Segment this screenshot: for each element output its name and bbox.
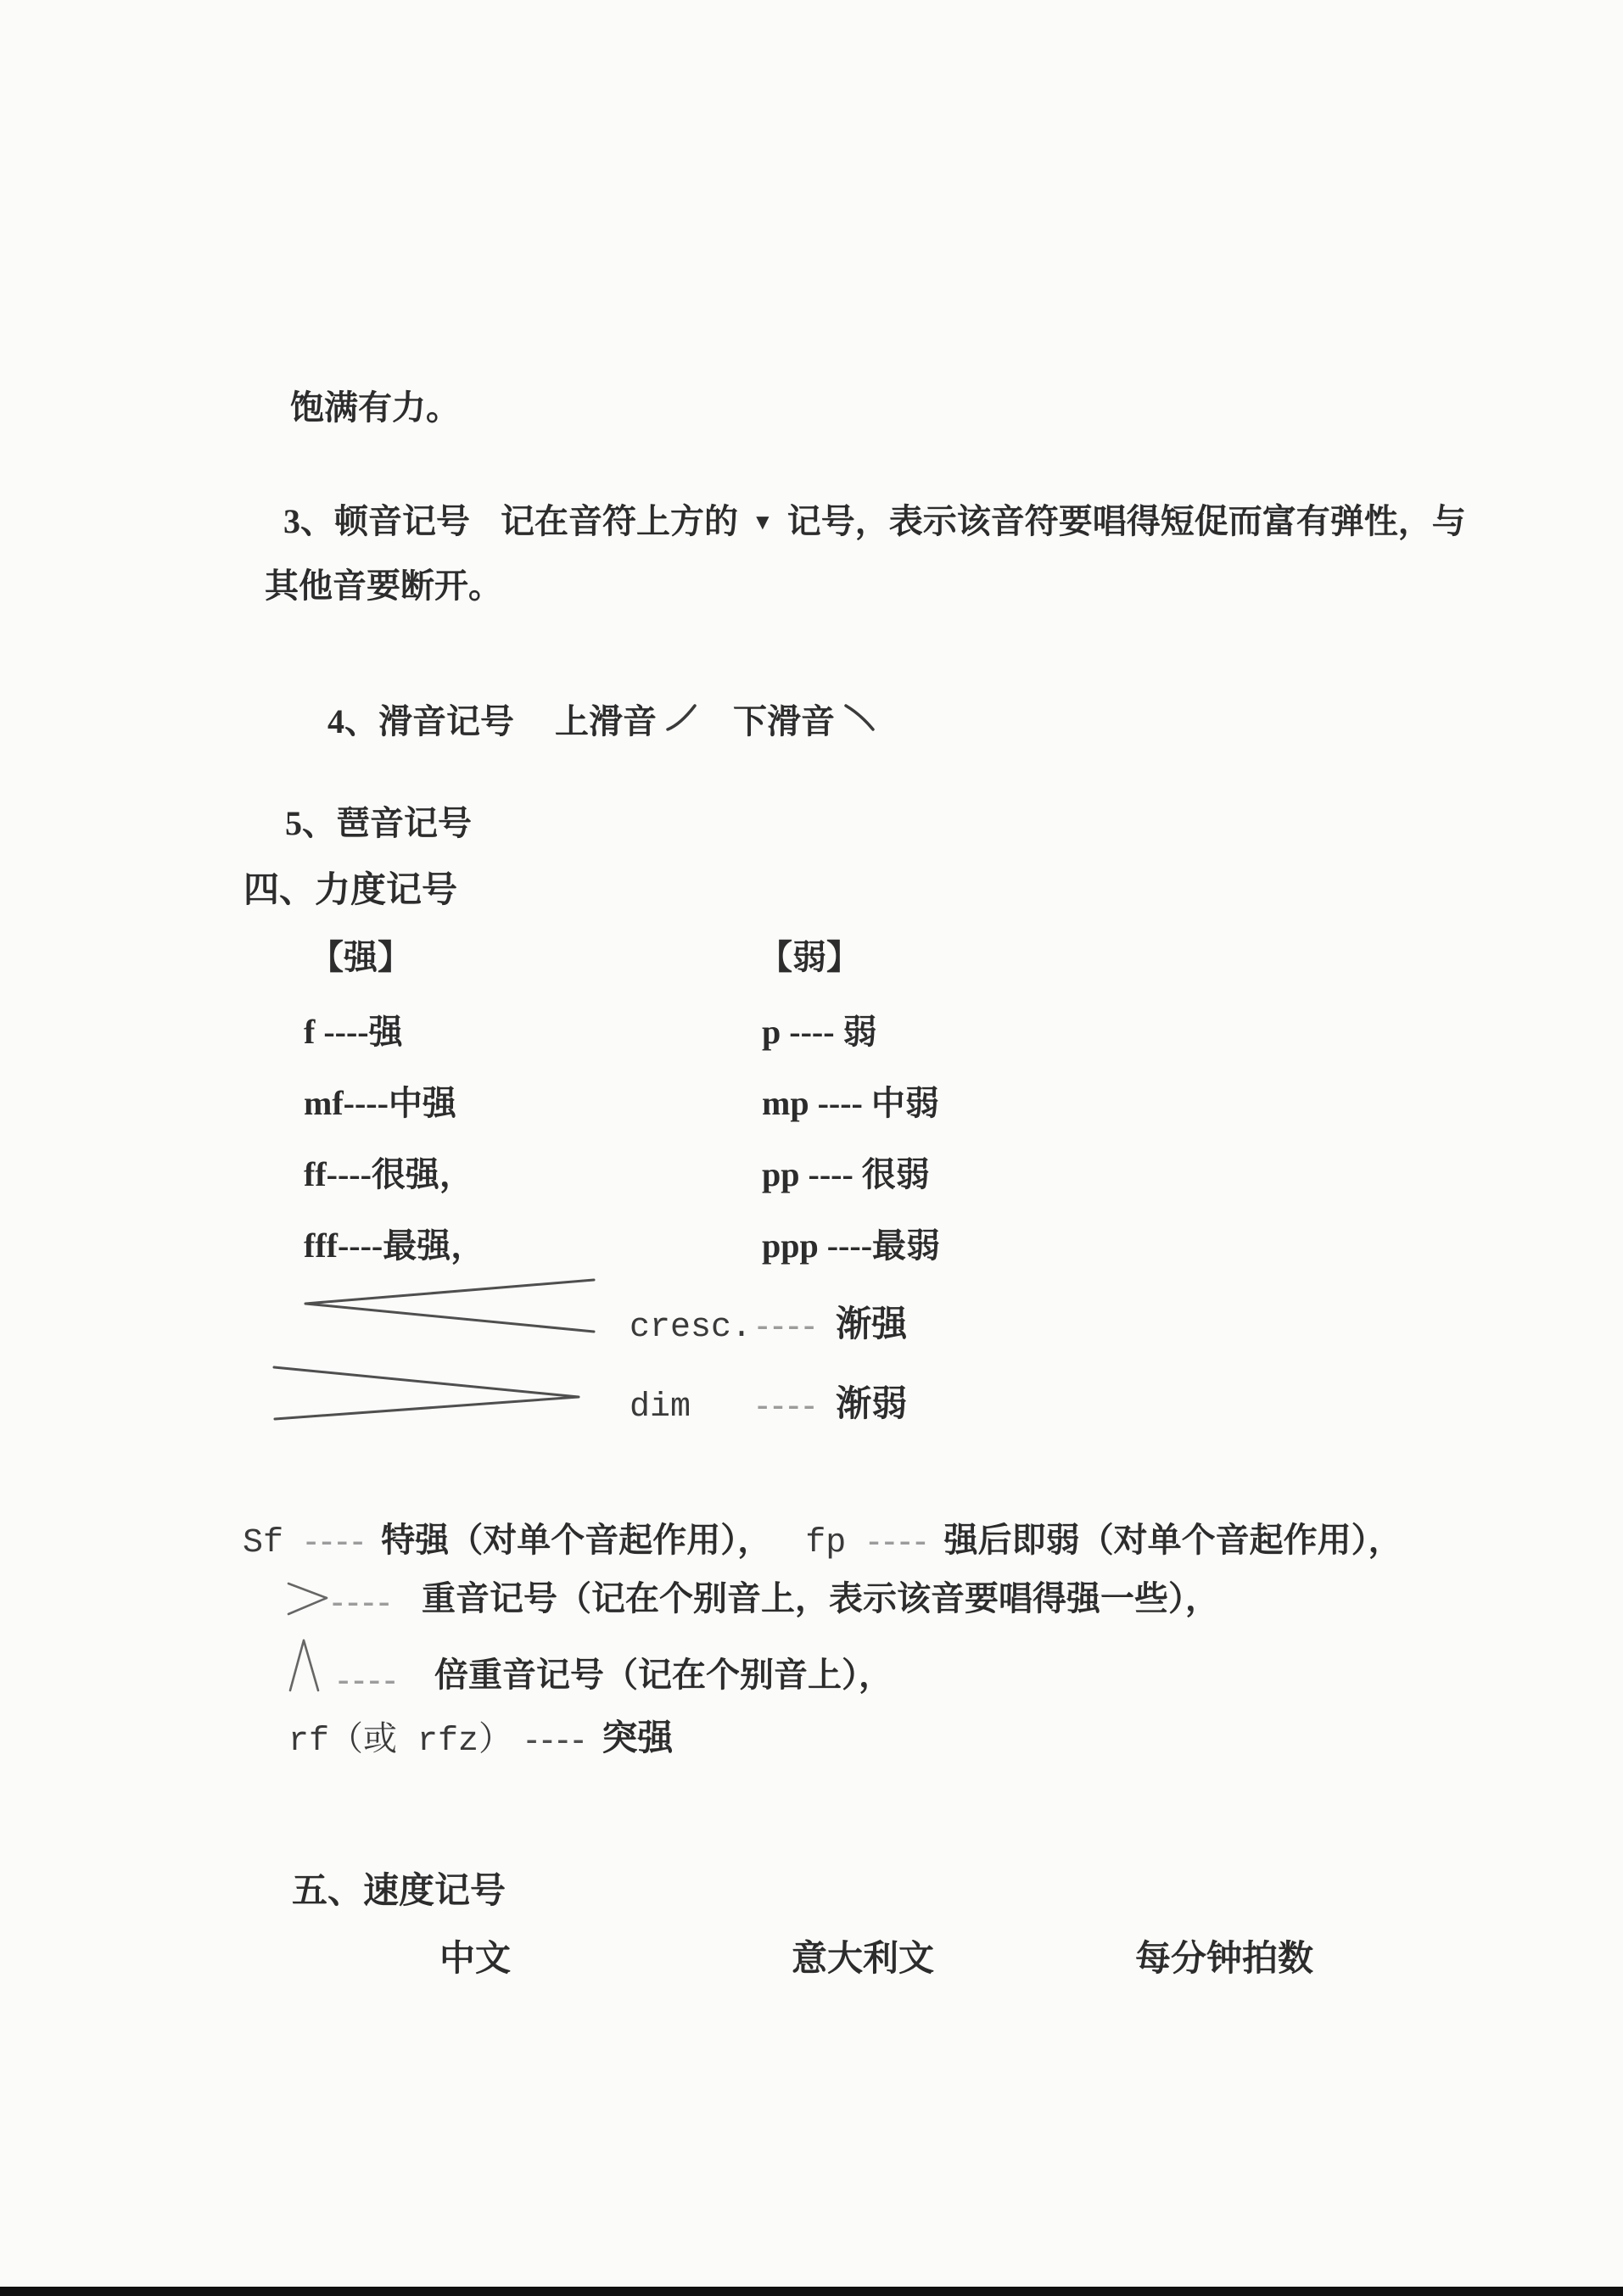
- slide-line: 4、滑音记号 上滑音 下滑音: [327, 702, 876, 741]
- staccato-line-1: 3、顿音记号 记在音符上方的 ▼ 记号，表示该音符要唱得短促而富有弹性，与: [283, 502, 1466, 541]
- accent-dashes: ----: [332, 1581, 394, 1621]
- down-slide-label: 下滑音: [733, 702, 835, 741]
- fp-desc: 强后即弱（对单个音起作用），: [944, 1521, 1402, 1560]
- dynamics-weak-ppp: ppp ----最弱: [762, 1226, 940, 1265]
- dynamics-strong-f: f ----强: [304, 1013, 403, 1052]
- up-slide-icon: [665, 702, 697, 733]
- staccato-triangle-icon: ▼: [752, 510, 774, 535]
- diminuendo-label-row: dim ---- 渐弱: [630, 1384, 907, 1427]
- diminuendo-meaning: 渐弱: [836, 1384, 907, 1425]
- rf-meaning: 突强: [602, 1718, 673, 1759]
- rf-dashes: ----: [526, 1718, 588, 1758]
- item4-title: 4、滑音记号: [327, 702, 514, 741]
- dynamics-weak-mp: mp ---- 中弱: [762, 1084, 939, 1123]
- tempo-header-italian: 意大利文: [792, 1939, 934, 1980]
- dynamics-strong-mf: mf----中强: [304, 1084, 456, 1123]
- down-slide-icon: [843, 702, 876, 733]
- strong-column-header: 【强】: [310, 938, 411, 977]
- dynamics-strong-ff: ff----很强，: [304, 1155, 473, 1194]
- crescendo-dashes: ----: [757, 1304, 819, 1344]
- weak-column-header: 【弱】: [758, 938, 860, 977]
- fp-abbr: fp: [805, 1524, 846, 1563]
- item3-body1: 记在音符上方的: [501, 502, 738, 541]
- sforzando-line: Sf ---- 特强（对单个音起作用）， fp ---- 强后即弱（对单个音起作…: [243, 1520, 1402, 1563]
- diminuendo-hairpin-icon: [270, 1360, 585, 1423]
- item3-body2: 记号，表示该音符要唱得短促而富有弹性，与: [787, 502, 1466, 541]
- sf-desc: 特强（对单个音起作用），: [381, 1521, 771, 1560]
- dynamics-weak-pp: pp ---- 很弱: [762, 1155, 930, 1194]
- diminuendo-abbr: dim: [630, 1388, 757, 1427]
- diminuendo-dashes: ----: [757, 1384, 819, 1424]
- rf-abbr: rf（或 rfz）: [288, 1723, 512, 1762]
- staccato-line-2: 其他音要断开。: [265, 567, 502, 606]
- sf-abbr: Sf: [243, 1524, 283, 1563]
- crescendo-label-row: cresc. ---- 渐强: [630, 1304, 907, 1348]
- scan-edge-bar: [0, 2287, 1623, 2296]
- up-slide-label: 上滑音: [555, 702, 657, 741]
- crescendo-hairpin-icon: [302, 1274, 597, 1335]
- arpeggio-line: 5、琶音记号: [285, 804, 472, 843]
- item3-title: 3、顿音记号: [283, 502, 470, 541]
- accent-desc: 重音记号（记在个别音上，表示该音要唱得强一些），: [422, 1579, 1219, 1618]
- marcato-icon: [287, 1637, 322, 1693]
- sf-dashes: ----: [305, 1520, 367, 1560]
- document-page: 饱满有力。 3、顿音记号 记在音符上方的 ▼ 记号，表示该音符要唱得短促而富有弹…: [0, 0, 1623, 2296]
- crescendo-abbr: cresc.: [630, 1309, 757, 1348]
- rinforzando-line: rf（或 rfz） ---- 突强: [288, 1718, 673, 1762]
- dynamics-strong-fff: fff----最强，: [304, 1226, 484, 1265]
- marcato-desc: 倍重音记号（记在个别音上），: [434, 1656, 893, 1695]
- dynamics-weak-p: p ---- 弱: [762, 1013, 877, 1052]
- crescendo-meaning: 渐强: [836, 1304, 907, 1345]
- fp-dashes: ----: [868, 1520, 930, 1560]
- intro-text: 饱满有力。: [290, 388, 460, 427]
- marcato-dashes: ----: [338, 1659, 400, 1699]
- accent-icon: [286, 1581, 330, 1617]
- tempo-header-bpm: 每分钟拍数: [1135, 1939, 1313, 1980]
- section5-heading: 五、速度记号: [292, 1871, 506, 1912]
- tempo-header-chinese: 中文: [439, 1939, 511, 1980]
- section4-heading: 四、力度记号: [243, 870, 457, 911]
